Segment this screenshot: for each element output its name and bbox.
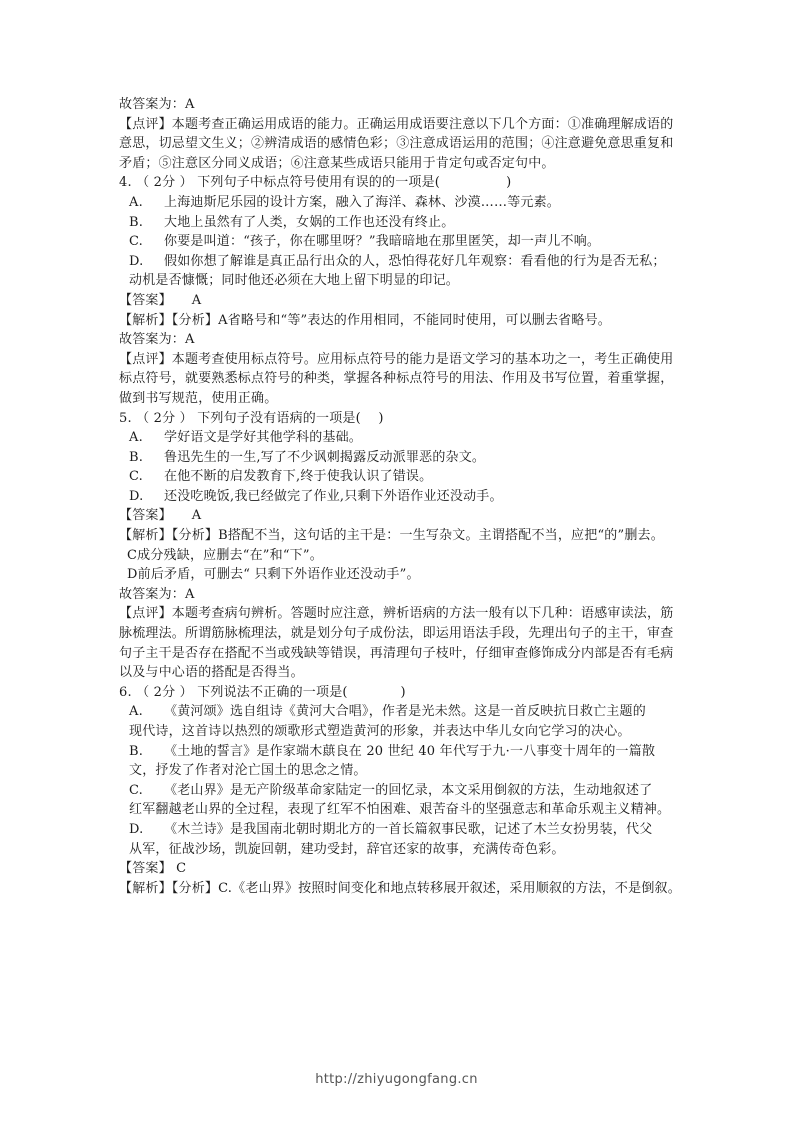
option-label: D. — [119, 252, 164, 272]
option-continuation: 文，抒发了作者对沦亡国土的思念之情。 — [119, 761, 681, 781]
option-text: 《木兰诗》是我国南北朝时期北方的一首长篇叙事民歌，记述了木兰女扮男装，代父 — [164, 820, 681, 840]
answer-option: C.在他不断的启发教育下,终于使我认识了错误。 — [119, 467, 681, 487]
option-text: 《老山界》是无产阶级革命家陆定一的回忆录，本文采用倒叙的方法，生动地叙述了 — [164, 781, 681, 801]
option-text: 大地上虽然有了人类，女娲的工作也还没有终止。 — [164, 213, 681, 233]
option-continuation: 动机是否慷慨；同时他还必须在大地上留下明显的印记。 — [119, 271, 681, 291]
option-text: 还没吃晚饭,我已经做完了作业,只剩下外语作业还没动手。 — [164, 487, 681, 507]
paragraph: 故答案为：A — [119, 330, 681, 350]
option-label: D. — [119, 820, 164, 840]
paragraph: 【解析】【分析】A省略号和“等”表达的作用相同，不能同时使用，可以删去省略号。 — [119, 311, 681, 331]
option-text: 你要是叫道：“孩子，你在哪里呀？”我暗暗地在那里匿笑，却一声儿不响。 — [164, 232, 681, 252]
answer-option: A.《黄河颂》选自组诗《黄河大合唱》，作者是光未然。这是一首反映抗日救亡主题的 — [119, 702, 681, 722]
question-stem: 5. （ 2分 ） 下列句子没有语病的一项是( ) — [119, 409, 681, 429]
option-label: A. — [119, 702, 164, 722]
option-label: B. — [119, 213, 164, 233]
option-label: C. — [119, 232, 164, 252]
paragraph: 【解析】【分析】B搭配不当，这句话的主干是：一生写杂文。主谓搭配不当，应把“的”… — [119, 526, 681, 546]
option-label: A. — [119, 193, 164, 213]
option-text: 上海迪斯尼乐园的设计方案，融入了海洋、森林、沙漠……等元素。 — [164, 193, 681, 213]
answer-option: D.还没吃晚饭,我已经做完了作业,只剩下外语作业还没动手。 — [119, 487, 681, 507]
paragraph: 【解析】【分析】C.《老山界》按照时间变化和地点转移展开叙述，采用顺叙的方法，不… — [119, 879, 681, 899]
document-body: 故答案为：A【点评】本题考查正确运用成语的能力。正确运用成语要注意以下几个方面：… — [119, 95, 681, 898]
question-stem: 6. （ 2分 ） 下列说法不正确的一项是( ) — [119, 683, 681, 703]
paragraph: 【答案】 A — [119, 506, 681, 526]
question-stem: 4. （ 2分 ） 下列句子中标点符号使用有误的的一项是( ) — [119, 173, 681, 193]
footer-url: http://zhiyugongfang.cn — [0, 1072, 793, 1087]
option-text: 鲁迅先生的一生,写了不少讽刺揭露反动派罪恶的杂文。 — [164, 448, 681, 468]
paragraph: 故答案为：A — [119, 585, 681, 605]
answer-option: C.《老山界》是无产阶级革命家陆定一的回忆录，本文采用倒叙的方法，生动地叙述了 — [119, 781, 681, 801]
option-continuation: 从军，征战沙场，凯旋回朝，建功受封，辞官还家的故事，充满传奇色彩。 — [119, 840, 681, 860]
option-text: 《黄河颂》选自组诗《黄河大合唱》，作者是光未然。这是一首反映抗日救亡主题的 — [164, 702, 681, 722]
option-label: B. — [119, 742, 164, 762]
answer-option: B.大地上虽然有了人类，女娲的工作也还没有终止。 — [119, 213, 681, 233]
option-label: C. — [119, 781, 164, 801]
paragraph: 【答案】 A — [119, 291, 681, 311]
paragraph: 【点评】本题考查正确运用成语的能力。正确运用成语要注意以下几个方面：①准确理解成… — [119, 115, 681, 174]
paragraph: 【点评】本题考查使用标点符号。应用标点符号的能力是语文学习的基本功之一，考生正确… — [119, 350, 681, 409]
answer-option: C.你要是叫道：“孩子，你在哪里呀？”我暗暗地在那里匿笑，却一声儿不响。 — [119, 232, 681, 252]
option-label: C. — [119, 467, 164, 487]
option-continuation: 现代诗，这首诗以热烈的颂歌形式塑造黄河的形象，并表达中华儿女向它学习的决心。 — [119, 722, 681, 742]
answer-option: B.鲁迅先生的一生,写了不少讽刺揭露反动派罪恶的杂文。 — [119, 448, 681, 468]
paragraph: 【点评】本题考查病句辨析。答题时应注意，辨析语病的方法一般有以下几种：语感审读法… — [119, 604, 681, 682]
analysis-subitem: C成分残缺，应删去“在”和“下”。 — [119, 546, 681, 566]
paragraph: 故答案为：A — [119, 95, 681, 115]
paragraph: 【答案】 C — [119, 859, 681, 879]
option-text: 学好语文是学好其他学科的基础。 — [164, 428, 681, 448]
answer-option: D.假如你想了解谁是真正品行出众的人，恐怕得花好几年观察：看看他的行为是否无私； — [119, 252, 681, 272]
answer-option: D.《木兰诗》是我国南北朝时期北方的一首长篇叙事民歌，记述了木兰女扮男装，代父 — [119, 820, 681, 840]
answer-option: B.《土地的誓言》是作家端木蕻良在 20 世纪 40 年代写于九·一八事变十周年… — [119, 742, 681, 762]
option-continuation: 红军翻越老山界的全过程，表现了红军不怕困难、艰苦奋斗的坚强意志和革命乐观主义精神… — [119, 800, 681, 820]
analysis-subitem: D前后矛盾，可删去“ 只剩下外语作业还没动手”。 — [119, 565, 681, 585]
option-text: 假如你想了解谁是真正品行出众的人，恐怕得花好几年观察：看看他的行为是否无私； — [164, 252, 681, 272]
option-label: A. — [119, 428, 164, 448]
option-label: D. — [119, 487, 164, 507]
option-text: 在他不断的启发教育下,终于使我认识了错误。 — [164, 467, 681, 487]
answer-option: A.上海迪斯尼乐园的设计方案，融入了海洋、森林、沙漠……等元素。 — [119, 193, 681, 213]
option-text: 《土地的誓言》是作家端木蕻良在 20 世纪 40 年代写于九·一八事变十周年的一… — [164, 742, 681, 762]
answer-option: A.学好语文是学好其他学科的基础。 — [119, 428, 681, 448]
option-label: B. — [119, 448, 164, 468]
